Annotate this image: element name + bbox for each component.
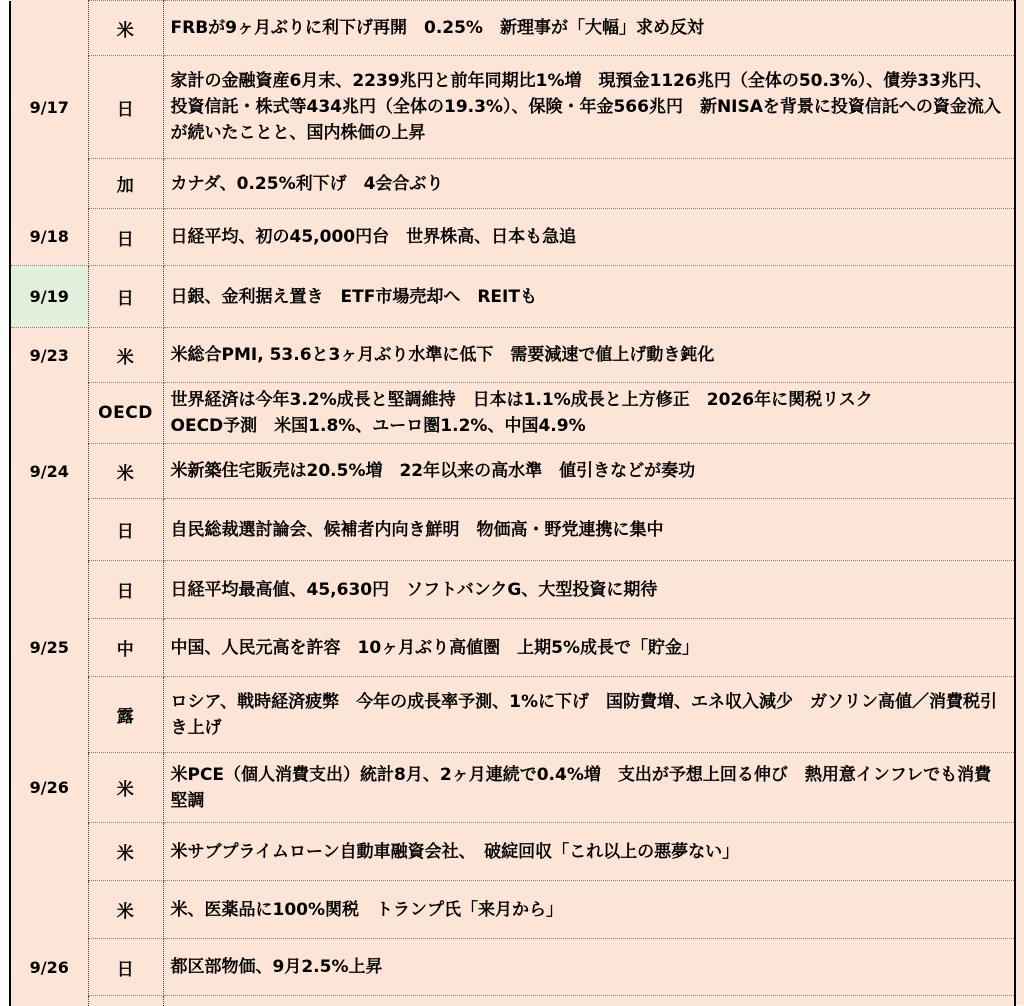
date-cell: 9/24 [10, 444, 88, 499]
news-table-body: 米 FRBが9ヶ月ぶりに利下げ再開 0.25% 新理事が「大幅」求め反対 9/1… [10, 1, 1015, 1006]
date-cell [10, 1, 88, 56]
table-row: 9/19 日 日銀、金利据え置き ETF市場売却へ REITも [10, 266, 1015, 328]
date-cell: 9/19 [10, 266, 88, 328]
news-table: 米 FRBが9ヶ月ぶりに利下げ再開 0.25% 新理事が「大幅」求め反対 9/1… [9, 0, 1016, 1006]
table-row: 米 米サブプライムローン自動車融資会社、 破綻回収「これ以上の悪夢ない」 [10, 823, 1015, 881]
date-cell [10, 383, 88, 444]
table-row: 米 米、医薬品に100%関税 トランプ氏「来月から」 [10, 881, 1015, 939]
table-row: OECD 世界経済は今年3.2%成長と堅調維持 日本は1.1%成長と上方修正 2… [10, 383, 1015, 444]
table-row: 日 自民総裁選討論会、候補者内向き鮮明 物価高・野党連携に集中 [10, 499, 1015, 561]
headline-cell: 自民総裁選討論会、候補者内向き鮮明 物価高・野党連携に集中 [163, 499, 1015, 561]
country-cell: 加 [88, 159, 163, 209]
date-cell [10, 823, 88, 881]
country-cell: 日 [88, 209, 163, 266]
country-cell: 日 [88, 561, 163, 619]
headline-cell [163, 996, 1015, 1006]
country-cell: 中 [88, 619, 163, 677]
date-cell: 9/26 [10, 939, 88, 996]
table-row: 9/23 米 米総合PMI, 53.6と3ヶ月ぶり水準に低下 需要減速で値上げ動… [10, 328, 1015, 383]
headline-cell: 中国、人民元高を許容 10ヶ月ぶり高値圏 上期5%成長で「貯金」 [163, 619, 1015, 677]
country-cell: 露 [88, 677, 163, 753]
table-row: 9/24 米 米新築住宅販売は20.5%増 22年以来の高水準 値引きなどが奏功 [10, 444, 1015, 499]
country-cell: 米 [88, 1, 163, 56]
country-cell [88, 996, 163, 1006]
date-cell [10, 159, 88, 209]
table-row: 日 日経平均最高値、45,630円 ソフトバンクG、大型投資に期待 [10, 561, 1015, 619]
table-row: 9/17 日 家計の金融資産6月末、2239兆円と前年同期比1%増 現預金112… [10, 56, 1015, 159]
headline-cell: 日経平均最高値、45,630円 ソフトバンクG、大型投資に期待 [163, 561, 1015, 619]
table-row: 9/25 中 中国、人民元高を許容 10ヶ月ぶり高値圏 上期5%成長で「貯金」 [10, 619, 1015, 677]
headline-cell: 日経平均、初の45,000円台 世界株高、日本も急追 [163, 209, 1015, 266]
headline-cell: ロシア、戦時経済疲弊 今年の成長率予測、1%に下げ 国防費増、エネ収入減少 ガソ… [163, 677, 1015, 753]
date-cell: 9/26 [10, 753, 88, 823]
headline-cell: 米総合PMI, 53.6と3ヶ月ぶり水準に低下 需要減速で値上げ動き鈍化 [163, 328, 1015, 383]
date-cell [10, 881, 88, 939]
date-cell: 9/23 [10, 328, 88, 383]
table-row [10, 996, 1015, 1006]
country-cell: 日 [88, 939, 163, 996]
headline-cell: 日銀、金利据え置き ETF市場売却へ REITも [163, 266, 1015, 328]
headline-cell: 家計の金融資産6月末、2239兆円と前年同期比1%増 現預金1126兆円（全体の… [163, 56, 1015, 159]
date-cell [10, 561, 88, 619]
country-cell: 米 [88, 881, 163, 939]
country-cell: 米 [88, 753, 163, 823]
table-row: 9/26 米 米PCE（個人消費支出）統計8月、2ヶ月連続で0.4%増 支出が予… [10, 753, 1015, 823]
country-cell: 米 [88, 444, 163, 499]
date-cell [10, 677, 88, 753]
country-cell: 米 [88, 823, 163, 881]
table-row: 加 カナダ、0.25%利下げ 4会合ぶり [10, 159, 1015, 209]
table-row: 米 FRBが9ヶ月ぶりに利下げ再開 0.25% 新理事が「大幅」求め反対 [10, 1, 1015, 56]
country-cell: 日 [88, 266, 163, 328]
headline-cell: 米、医薬品に100%関税 トランプ氏「来月から」 [163, 881, 1015, 939]
date-cell [10, 499, 88, 561]
headline-cell: 米サブプライムローン自動車融資会社、 破綻回収「これ以上の悪夢ない」 [163, 823, 1015, 881]
headline-cell: 米PCE（個人消費支出）統計8月、2ヶ月連続で0.4%増 支出が予想上回る伸び … [163, 753, 1015, 823]
table-row: 9/18 日 日経平均、初の45,000円台 世界株高、日本も急追 [10, 209, 1015, 266]
headline-cell: 米新築住宅販売は20.5%増 22年以来の高水準 値引きなどが奏功 [163, 444, 1015, 499]
date-cell [10, 996, 88, 1006]
country-cell: 日 [88, 56, 163, 159]
date-cell: 9/18 [10, 209, 88, 266]
table-row: 露 ロシア、戦時経済疲弊 今年の成長率予測、1%に下げ 国防費増、エネ収入減少 … [10, 677, 1015, 753]
country-cell: 米 [88, 328, 163, 383]
table-row: 9/26 日 都区部物価、9月2.5%上昇 [10, 939, 1015, 996]
date-cell: 9/17 [10, 56, 88, 159]
date-cell: 9/25 [10, 619, 88, 677]
headline-cell: カナダ、0.25%利下げ 4会合ぶり [163, 159, 1015, 209]
headline-cell: FRBが9ヶ月ぶりに利下げ再開 0.25% 新理事が「大幅」求め反対 [163, 1, 1015, 56]
page-background-strip [1016, 0, 1024, 1005]
headline-cell: 世界経済は今年3.2%成長と堅調維持 日本は1.1%成長と上方修正 2026年に… [163, 383, 1015, 444]
country-cell: 日 [88, 499, 163, 561]
country-cell: OECD [88, 383, 163, 444]
headline-cell: 都区部物価、9月2.5%上昇 [163, 939, 1015, 996]
